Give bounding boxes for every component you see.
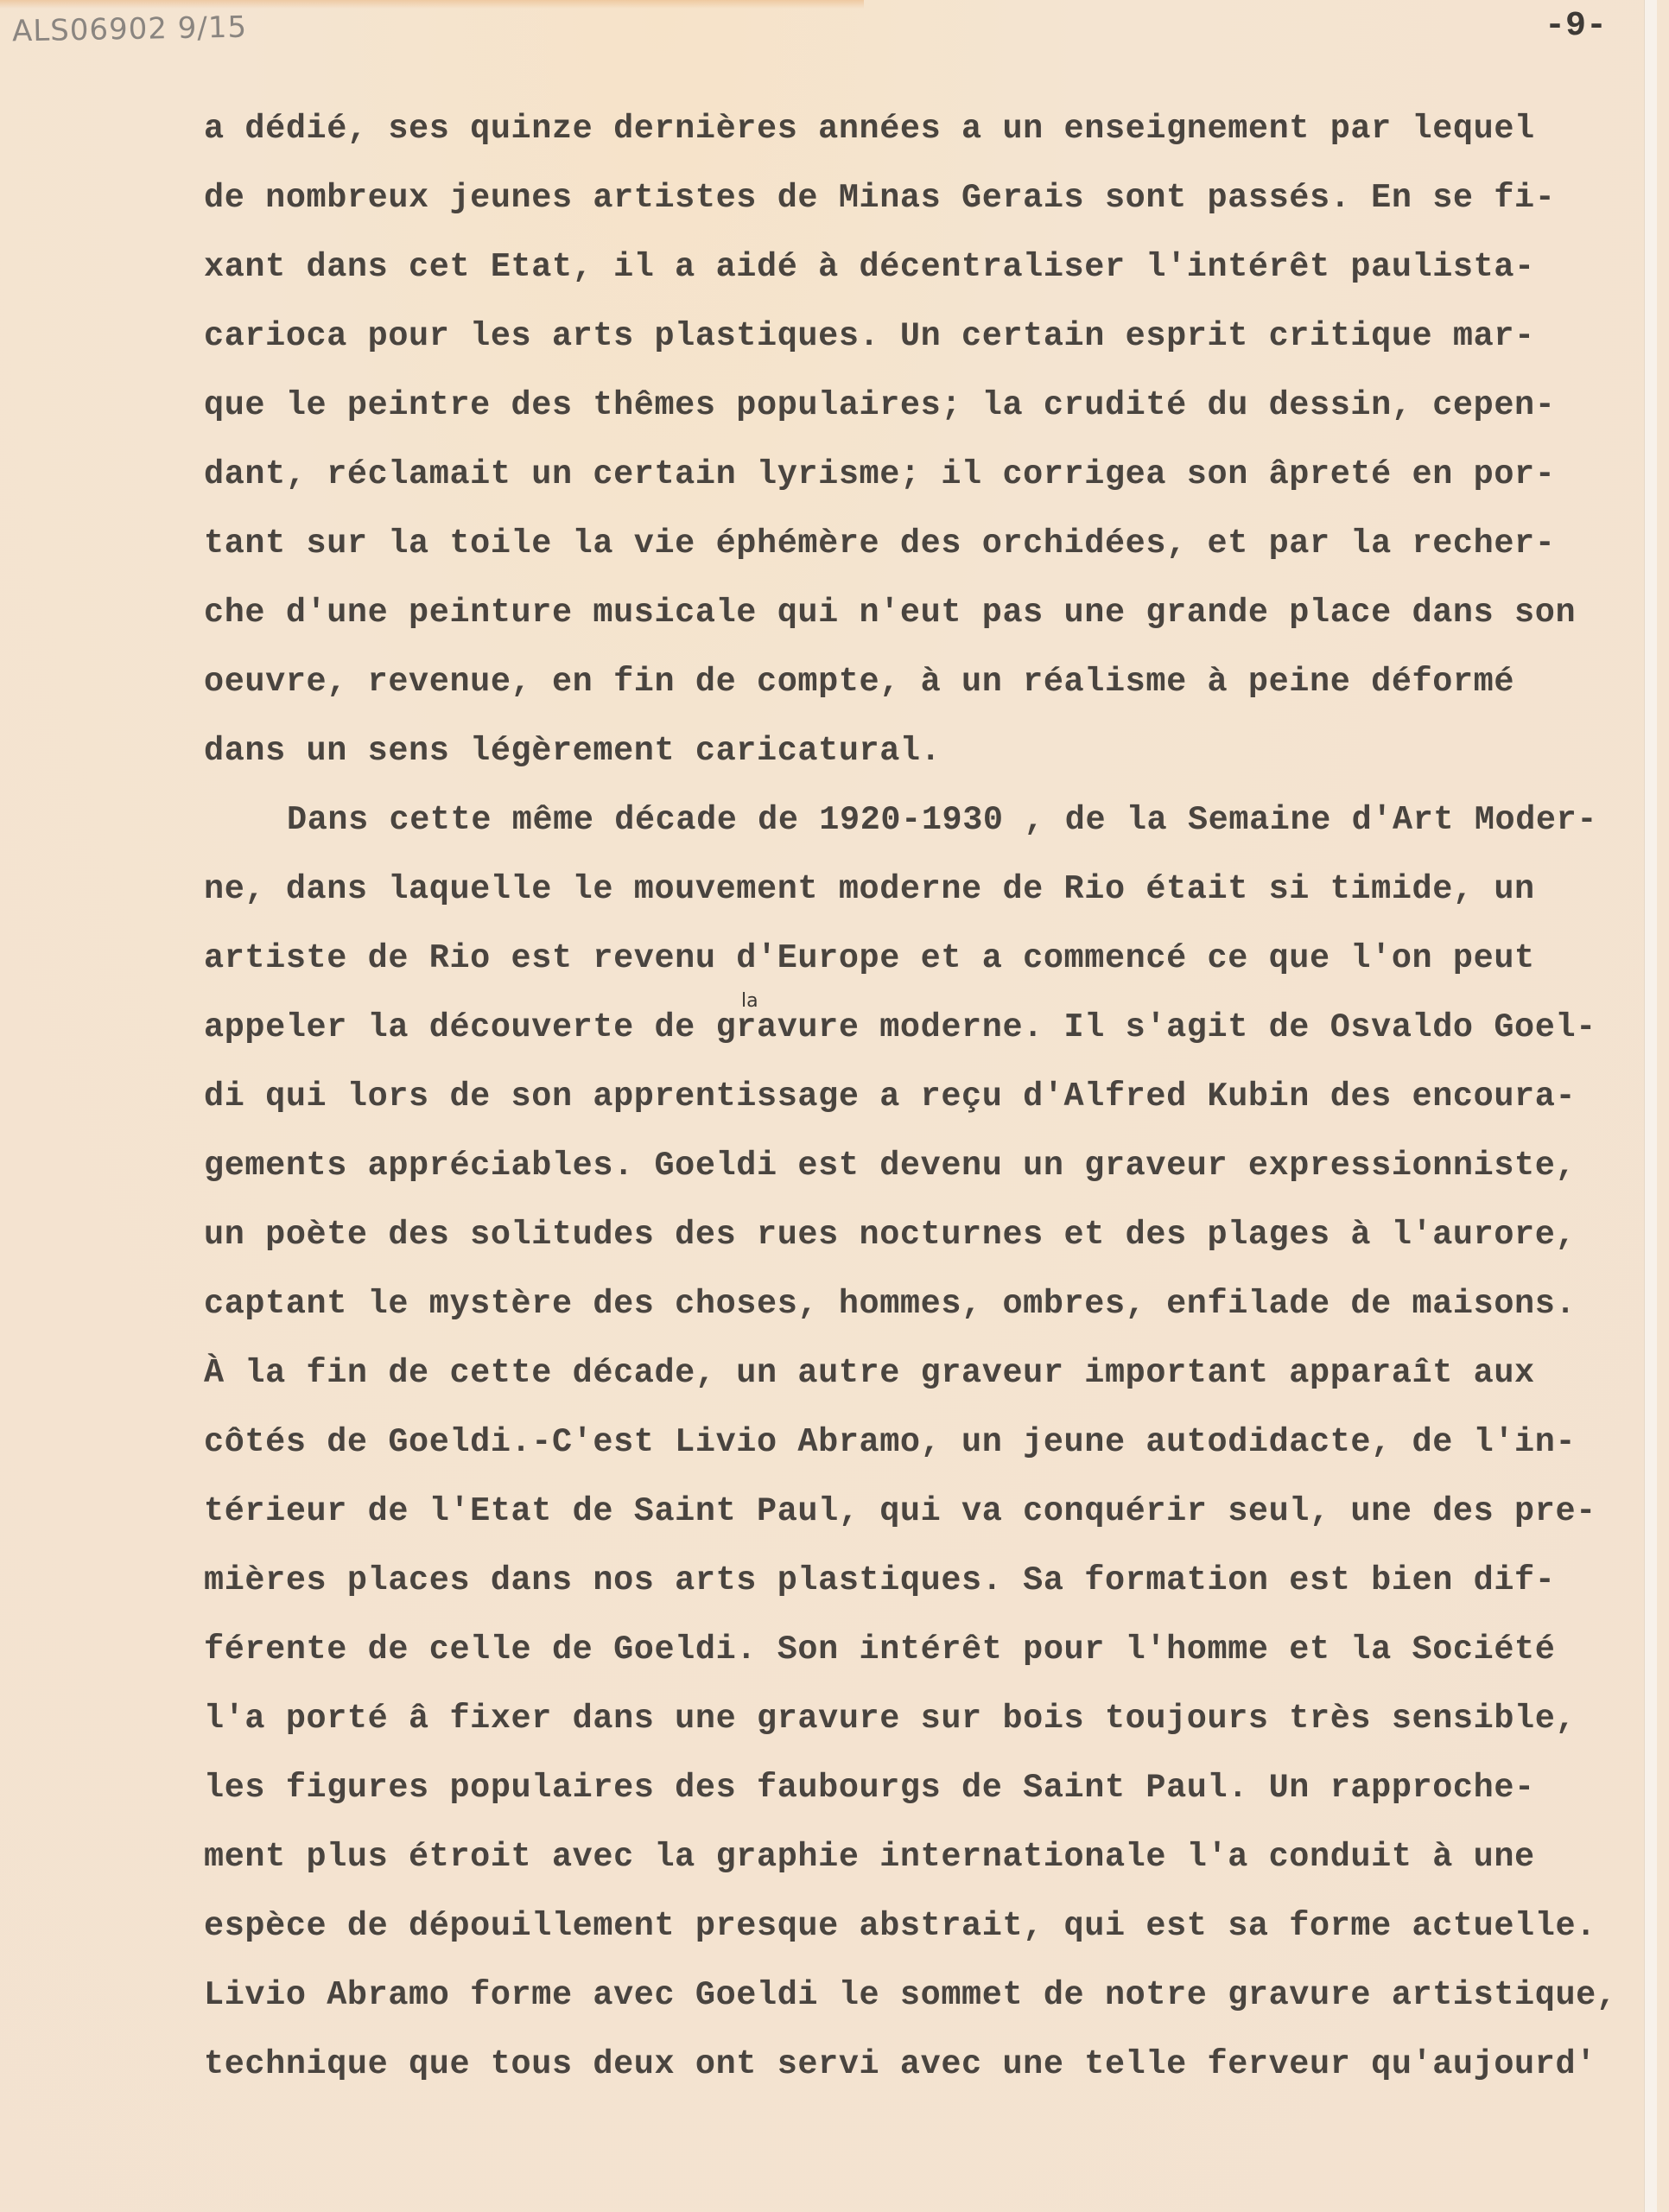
text-line: Livio Abramo forme avec Goeldi le sommet… — [204, 1968, 1621, 2037]
text-line: côtés de Goeldi.-C'est Livio Abramo, un … — [204, 1415, 1621, 1484]
text-line: appeler la découverte de gravure moderne… — [204, 1001, 1621, 1070]
text-line: gements appréciables. Goeldi est devenu … — [204, 1139, 1621, 1208]
text-line: che d'une peinture musicale qui n'eut pa… — [204, 586, 1621, 655]
text-line: ment plus étroit avec la graphie interna… — [204, 1830, 1621, 1899]
text-line: térieur de l'Etat de Saint Paul, qui va … — [204, 1484, 1621, 1554]
document-page: ALS06902 9/15 -9- a dédié, ses quinze de… — [0, 0, 1657, 2212]
text-line: un poète des solitudes des rues nocturne… — [204, 1208, 1621, 1277]
text-line: tant sur la toile la vie éphémère des or… — [204, 517, 1621, 586]
page-number: -9- — [1545, 7, 1607, 46]
text-line: de nombreux jeunes artistes de Minas Ger… — [204, 171, 1621, 240]
text-line: technique que tous deux ont servi avec u… — [204, 2037, 1621, 2107]
text-line: férente de celle de Goeldi. Son intérêt … — [204, 1623, 1621, 1692]
text-line: espèce de dépouillement presque abstrait… — [204, 1899, 1621, 1968]
text-line: a dédié, ses quinze dernières années a u… — [204, 102, 1621, 171]
text-line: que le peintre des thêmes populaires; la… — [204, 378, 1621, 448]
text-line: dant, réclamait un certain lyrisme; il c… — [204, 448, 1621, 517]
handwritten-insertion: la — [741, 990, 758, 1012]
text-line: les figures populaires des faubourgs de … — [204, 1761, 1621, 1830]
body-text: a dédié, ses quinze dernières années a u… — [204, 102, 1621, 2107]
text-line: di qui lors de son apprentissage a reçu … — [204, 1070, 1621, 1139]
text-line: xant dans cet Etat, il a aidé à décentra… — [204, 240, 1621, 309]
text-line: ne, dans laquelle le mouvement moderne d… — [204, 862, 1621, 931]
text-line: À la fin de cette décade, un autre grave… — [204, 1346, 1621, 1415]
text-line: dans un sens légèrement caricatural. — [204, 724, 1621, 793]
text-line: l'a porté â fixer dans une gravure sur b… — [204, 1692, 1621, 1761]
paragraph-start-line: Dans cette même décade de 1920-1930 , de… — [204, 793, 1621, 862]
text-line: artiste de Rio est revenu d'Europe et a … — [204, 931, 1621, 1001]
page-edge — [1644, 0, 1657, 2212]
text-line: oeuvre, revenue, en fin de compte, à un … — [204, 655, 1621, 724]
text-line: carioca pour les arts plastiques. Un cer… — [204, 309, 1621, 378]
text-line: captant le mystère des choses, hommes, o… — [204, 1277, 1621, 1346]
archive-reference: ALS06902 9/15 — [12, 10, 248, 49]
text-line: mières places dans nos arts plastiques. … — [204, 1554, 1621, 1623]
paper-stain — [0, 0, 864, 9]
